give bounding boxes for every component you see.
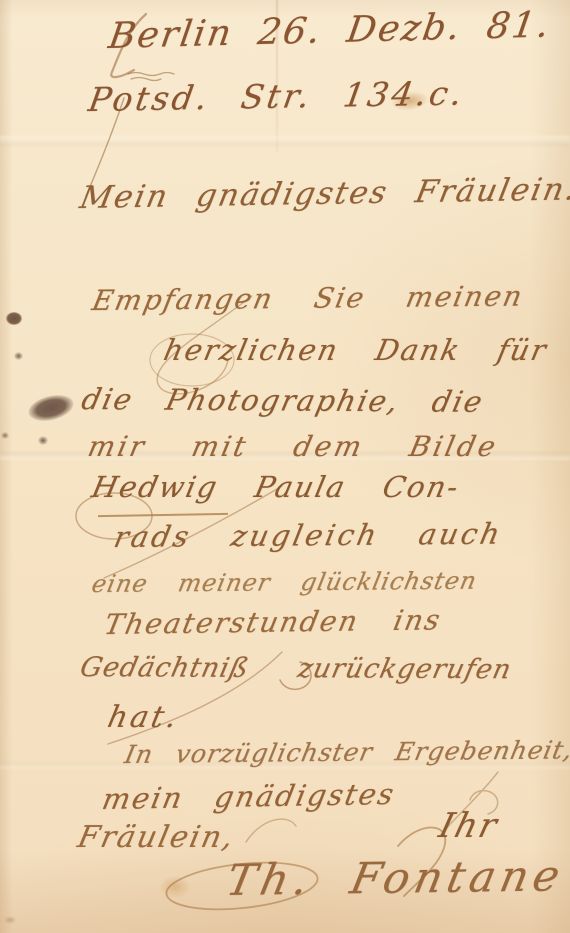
paper-discoloration — [4, 916, 16, 924]
ink-stain — [6, 312, 22, 325]
body-line: Gedächtniß zurückgerufen — [77, 652, 515, 685]
ink-stain — [38, 436, 48, 445]
ink-stain — [1, 432, 9, 439]
underline-mark — [98, 513, 228, 517]
ink-stain — [14, 352, 23, 360]
salutation-line: Mein gnädigstes Fräulein. — [77, 171, 570, 216]
body-line: Empfangen Sie meinen — [89, 279, 526, 316]
closing-line: In vorzüglichster Ergebenheit, — [122, 735, 570, 769]
body-line: die Photographie, die — [79, 382, 488, 419]
body-line: Theaterstunden ins — [101, 603, 444, 641]
letter-page: Berlin 26. Dezb. 81. Potsd. Str. 134.c. … — [0, 0, 570, 933]
signature: Th. Fontane — [222, 851, 569, 906]
body-line: hat. — [105, 700, 183, 735]
body-line: herzlichen Dank für — [161, 333, 551, 367]
closing-line: mein gnädigstes — [99, 777, 398, 816]
body-line: mir mit dem Bilde — [85, 430, 501, 463]
body-line: Hedwig Paula Con- — [89, 470, 463, 504]
address-line: Potsd. Str. 134.c. — [86, 73, 468, 119]
date-line: Berlin 26. Dezb. 81. — [106, 4, 554, 56]
closing-line: Ihr — [435, 806, 503, 846]
body-line: rads zugleich auch — [111, 517, 506, 554]
closing-line: Fräulein, — [75, 820, 239, 855]
paper-discoloration — [160, 876, 190, 898]
horizontal-fold-line — [0, 136, 570, 146]
ink-stain — [26, 391, 76, 425]
body-line: eine meiner glücklichsten — [89, 567, 479, 598]
